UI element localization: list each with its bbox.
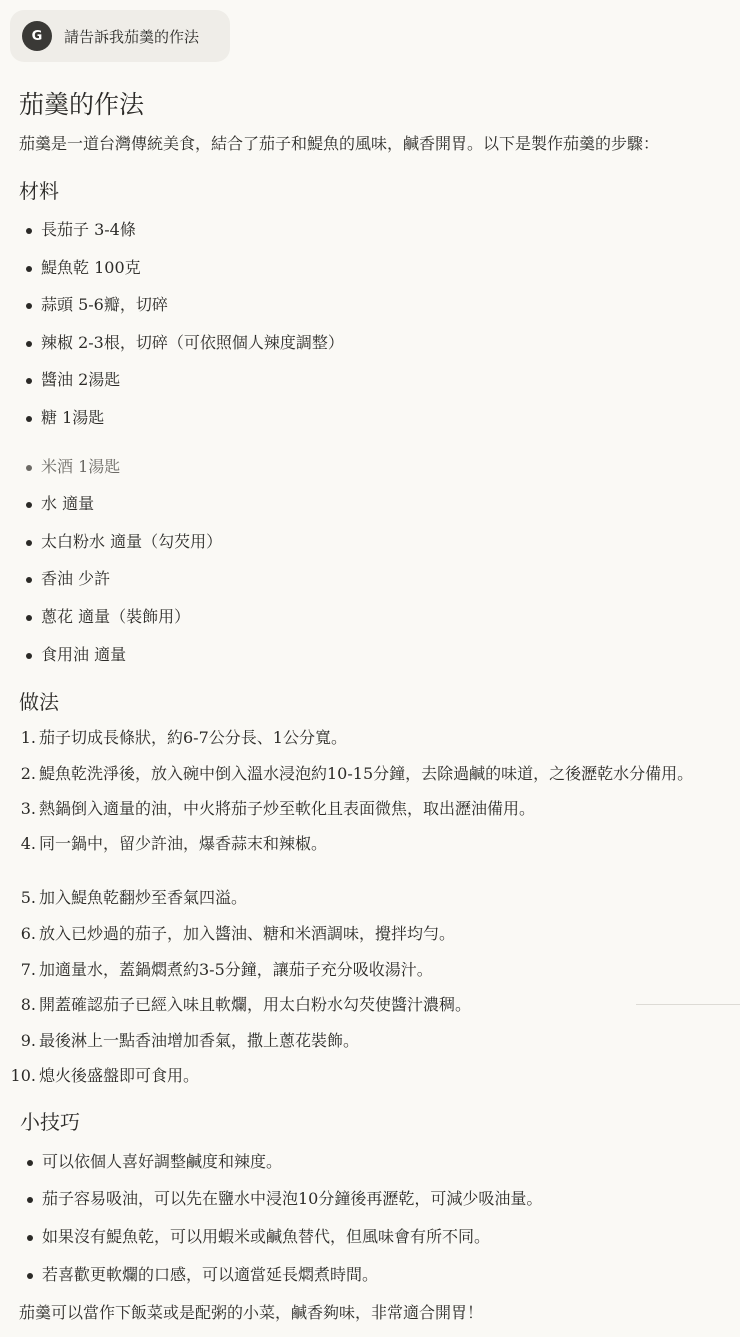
method-heading: 做法 xyxy=(19,688,59,716)
divider xyxy=(636,1004,740,1005)
bullet-icon xyxy=(26,615,32,621)
user-message-text: 請告訴我茄羹的作法 xyxy=(64,26,199,47)
response-title: 茄羹的作法 xyxy=(19,88,144,122)
bullet-icon xyxy=(27,1273,33,1279)
bullet-icon xyxy=(26,577,32,583)
bullet-icon xyxy=(26,540,32,546)
bullet-icon xyxy=(26,378,32,384)
bullet-icon xyxy=(27,1235,33,1241)
bullet-icon xyxy=(26,416,32,422)
ingredients-heading: 材料 xyxy=(19,177,59,205)
bullet-icon xyxy=(26,228,32,234)
user-message: G 請告訴我茄羹的作法 xyxy=(10,10,230,62)
user-avatar: G xyxy=(22,21,52,51)
bullet-icon xyxy=(26,266,32,272)
bullet-icon xyxy=(26,502,32,508)
closing-text: 茄羹可以當作下飯菜或是配粥的小菜，鹹香夠味，非常適合開胃！ xyxy=(19,1301,483,1325)
bullet-icon xyxy=(26,341,32,347)
response-intro: 茄羹是一道台灣傳統美食，結合了茄子和鯷魚的風味，鹹香開胃。以下是製作茄羹的步驟： xyxy=(19,132,659,156)
bullet-icon xyxy=(26,653,32,659)
bullet-icon xyxy=(26,303,32,309)
tips-heading: 小技巧 xyxy=(20,1108,80,1136)
bullet-icon xyxy=(27,1197,33,1203)
bullet-icon xyxy=(26,465,32,471)
bullet-icon xyxy=(27,1160,33,1166)
